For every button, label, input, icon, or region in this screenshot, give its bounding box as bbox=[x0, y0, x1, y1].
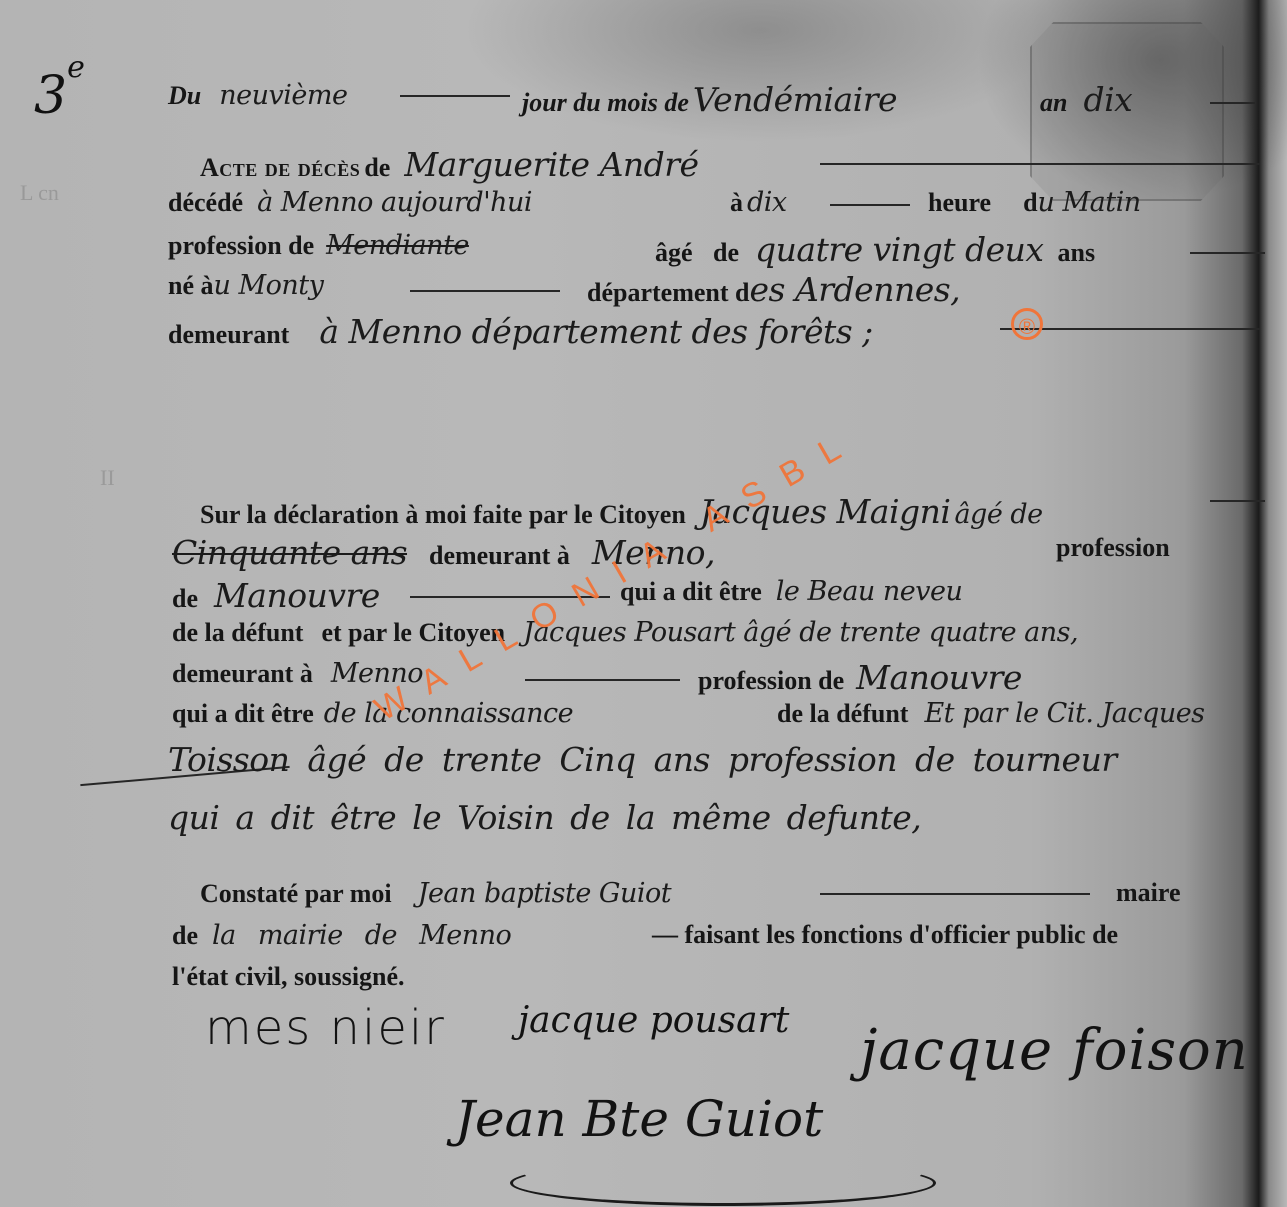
addendum-line2: Toisson âgé de trente Cinq ans professio… bbox=[168, 740, 1117, 779]
entry-number-suffix: e bbox=[67, 50, 85, 85]
fill-rule bbox=[410, 290, 560, 292]
demeurant2-label: demeurant à bbox=[172, 659, 313, 688]
mairie-line: de la mairie de Menno bbox=[172, 920, 511, 951]
an-label: an bbox=[1040, 88, 1067, 117]
ne-label: né à bbox=[168, 271, 214, 300]
deceased-name-line: Acte de décès de Marguerite André bbox=[200, 145, 699, 184]
declarant2-profession-line: profession de Manouvre bbox=[698, 658, 1022, 697]
heure-label: heure bbox=[928, 188, 991, 217]
profession-label: profession bbox=[1056, 533, 1170, 562]
demeurant-label: demeurant à bbox=[429, 541, 570, 570]
birth-department: département des Ardennes, bbox=[587, 270, 960, 309]
qui-a-dit2-label: qui a dit être bbox=[172, 699, 314, 728]
year-value: dix bbox=[1083, 80, 1132, 119]
profession-label-line: profession bbox=[1056, 533, 1170, 563]
addendum-line2-row: Toisson âgé de trente Cinq ans professio… bbox=[168, 740, 1117, 779]
signature-2: jacque pousart bbox=[518, 1000, 789, 1041]
time-of-day-value: u Matin bbox=[1038, 187, 1141, 218]
fill-rule bbox=[820, 893, 1090, 895]
registered-trademark-icon: ® bbox=[1011, 308, 1043, 340]
fill-rule bbox=[1190, 252, 1265, 254]
de-label: de bbox=[172, 584, 198, 613]
defunt-addendum-line: de la défunt Et par le Cit. Jacques bbox=[777, 698, 1205, 729]
addendum-line3: qui a dit être le Voisin de la même defu… bbox=[168, 798, 921, 837]
faisant-label: faisant les fonctions d'officier public … bbox=[685, 920, 1119, 949]
fill-rule bbox=[1210, 500, 1265, 502]
birthplace: u Monty bbox=[214, 270, 324, 301]
mairie-value: la mairie de Menno bbox=[212, 920, 511, 951]
deceased-residence: à Menno département des forêts ; bbox=[319, 312, 872, 351]
jour-label: jour du mois de bbox=[522, 88, 689, 117]
hour-value: dix bbox=[747, 187, 787, 218]
addendum-line1: Et par le Cit. Jacques bbox=[924, 698, 1204, 729]
header-year: an dix bbox=[1040, 80, 1132, 119]
deceased-age: quatre vingt deux bbox=[755, 230, 1043, 269]
declaration-intro: Sur la déclaration à moi faite par le Ci… bbox=[200, 500, 686, 529]
month-value: Vendémiaire bbox=[693, 80, 897, 119]
etat-civil-label: l'état civil, soussigné. bbox=[172, 962, 405, 991]
profession2-label: profession de bbox=[698, 666, 844, 695]
bleed-through-text: L cn bbox=[20, 180, 59, 206]
age-label: âgé de bbox=[655, 238, 739, 267]
fill-rule bbox=[525, 679, 680, 681]
signature-3: jacque foison bbox=[860, 1018, 1249, 1083]
acte-label: Acte de décès bbox=[200, 153, 360, 182]
declaration-intro-line: Sur la déclaration à moi faite par le Ci… bbox=[200, 492, 1043, 531]
residence-line: demeurant à Menno département des forêts… bbox=[168, 312, 873, 351]
de-la-defunt2-label: de la défunt bbox=[777, 699, 908, 728]
signature-flourish bbox=[510, 1160, 936, 1206]
declarant1-age: Cinquante ans bbox=[172, 533, 407, 572]
profession-age-line: profession de Mendiante bbox=[168, 230, 469, 261]
deceased-profession: Mendiante bbox=[326, 230, 469, 261]
bleed-through-text: II bbox=[100, 465, 115, 491]
birth-department-value: es Ardennes, bbox=[749, 270, 960, 309]
death-place-line: décédé à Menno aujourd'hui bbox=[168, 187, 532, 218]
deceased-name: Marguerite André bbox=[404, 145, 698, 184]
a-label: à bbox=[730, 188, 743, 217]
fill-rule bbox=[1210, 102, 1255, 104]
margin-entry-number: 3e bbox=[34, 66, 85, 126]
place-of-death: à Menno aujourd'hui bbox=[257, 187, 532, 218]
profession-label: profession de bbox=[168, 231, 314, 260]
time-of-day: heure du Matin bbox=[928, 187, 1141, 218]
attestation-line: Constaté par moi Jean baptiste Guiot bbox=[200, 878, 671, 909]
fill-rule bbox=[820, 163, 1260, 165]
declarant2-name-age: Jacques Pousart âgé de trente quatre ans… bbox=[523, 617, 1078, 648]
declarant2-line: de la défunt et par le Citoyen Jacques P… bbox=[172, 617, 1078, 648]
maire-label: maire bbox=[1116, 878, 1181, 907]
fill-rule bbox=[830, 204, 910, 206]
etat-civil-line: l'état civil, soussigné. bbox=[172, 962, 405, 992]
demeurant-label: demeurant bbox=[168, 320, 289, 349]
death-hour: à dix bbox=[730, 187, 787, 218]
faisant-line: — faisant les fonctions d'officier publi… bbox=[652, 920, 1118, 950]
signature-officer: Jean Bte Guiot bbox=[455, 1090, 823, 1148]
age-line: âgé de quatre vingt deux ans bbox=[655, 230, 1095, 269]
day-value: neuvième bbox=[219, 80, 347, 111]
addendum-line3-row: qui a dit être le Voisin de la même defu… bbox=[168, 798, 921, 837]
constate-label: Constaté par moi bbox=[200, 879, 392, 908]
declarant1-age-prefix: âgé de bbox=[954, 499, 1042, 530]
d-label: d bbox=[1023, 188, 1037, 217]
header-month: jour du mois de Vendémiaire bbox=[522, 80, 897, 119]
entry-number: 3 bbox=[34, 66, 67, 126]
signature-1: mes nieir bbox=[205, 1000, 446, 1056]
declarant2-profession: Manouvre bbox=[856, 658, 1022, 697]
de-label: de bbox=[364, 153, 390, 182]
declarant2-relation: de la connaissance bbox=[324, 698, 573, 729]
fill-rule bbox=[400, 95, 510, 97]
departement-label: département d bbox=[587, 278, 749, 307]
ans-label: ans bbox=[1058, 238, 1096, 267]
officer-name: Jean baptiste Guiot bbox=[418, 878, 672, 909]
de-la-defunt-label: de la défunt bbox=[172, 618, 303, 647]
birthplace-line: né àu Monty bbox=[168, 270, 323, 301]
declarant1-relation: le Beau neveu bbox=[776, 576, 963, 607]
declarant1-profession-line: de Manouvre bbox=[172, 576, 380, 615]
declarant1-relation-line: qui a dit être le Beau neveu bbox=[620, 576, 962, 607]
scanned-document-page: L cn II 3e Du neuvième jour du mois de V… bbox=[0, 0, 1287, 1207]
declarant1-profession: Manouvre bbox=[214, 576, 380, 615]
header-date-line: Du neuvième bbox=[168, 80, 347, 111]
du-label: Du bbox=[168, 81, 201, 110]
decede-label: décédé bbox=[168, 188, 243, 217]
de-label: de bbox=[172, 921, 198, 950]
maire-label-line: maire bbox=[1116, 878, 1181, 908]
